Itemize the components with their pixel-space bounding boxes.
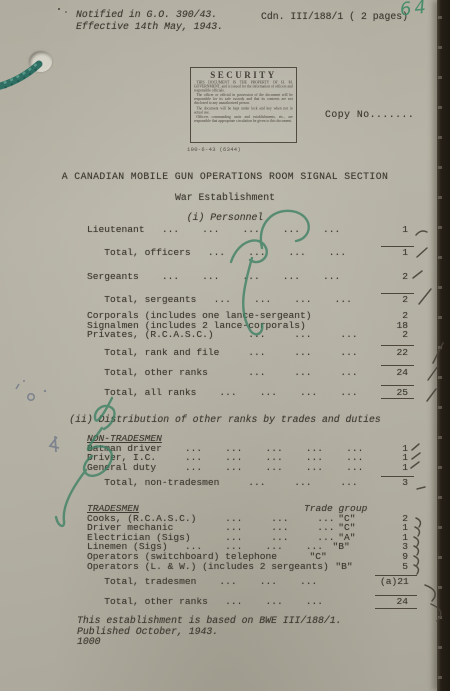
- row-label: Total, rank and file ... ... ...: [87, 348, 358, 358]
- row-value: 2: [380, 330, 414, 340]
- row-label: Total, all ranks ... ... ... ...: [87, 388, 358, 398]
- row-value: 1: [380, 225, 414, 235]
- row-value: 18: [380, 321, 414, 331]
- row-value: 1: [380, 248, 414, 258]
- scanned-document-page: Notified in G.O. 390/43. Effective 14th …: [0, 0, 450, 691]
- personnel-ranks-table: Corporals (includes one lance-sergeant)2…: [87, 311, 414, 400]
- row-value: 2: [380, 295, 414, 305]
- table-row: Total, non-tradesmen ... ... ...3: [87, 478, 414, 490]
- security-stamp-paragraph: Officers commanding units and establishm…: [194, 116, 293, 124]
- table-row: Total, other ranks ... ... ...24: [87, 368, 414, 380]
- row-value: 1: [380, 523, 414, 533]
- footer-print-count: 1000: [77, 637, 342, 648]
- row-value: 9: [380, 552, 414, 562]
- notified-line: Notified in G.O. 390/43.: [76, 9, 223, 21]
- non-tradesmen-table: NON-TRADESMENBatman driver ... ... ... .…: [87, 434, 414, 490]
- table-row: Total, tradesmen ... ... ...(a)21: [87, 577, 414, 589]
- table-row: Total, other ranks ... ... ...24: [87, 597, 414, 609]
- row-value: (a)21: [380, 577, 414, 587]
- row-label: Total, non-tradesmen ... ... ...: [87, 478, 358, 488]
- security-stamp-paragraph: THIS DOCUMENT IS THE PROPERTY OF H. M. G…: [194, 81, 293, 93]
- row-value: 22: [380, 348, 414, 358]
- security-stamp-title: SECURITY: [194, 70, 293, 80]
- row-trade-group: "B": [335, 562, 373, 572]
- row-value: 3: [380, 478, 414, 488]
- row-label: General duty ... ... ... ... ...: [87, 463, 363, 473]
- section-2-heading: (ii) Distribution of other ranks by trad…: [0, 414, 450, 425]
- table-row: Sergeants ... ... ... ... ...2: [87, 272, 414, 295]
- gazette-header: Notified in G.O. 390/43. Effective 14th …: [76, 9, 223, 32]
- table-row: Total, all ranks ... ... ... ...25: [87, 388, 414, 400]
- row-label: Total, other ranks ... ... ...: [87, 368, 358, 378]
- punch-hole: [29, 51, 52, 72]
- security-stamp-paragraph: The officer or official in possession of…: [194, 94, 293, 106]
- table-row: Operators (L. & W.) (includes 2 sergeant…: [87, 562, 414, 572]
- footer-published-line: Published October, 1943.: [77, 627, 342, 638]
- row-value: 24: [380, 597, 414, 607]
- table-row: Privates, (R.C.A.S.C.) ... ... ...2: [87, 330, 414, 340]
- row-label: Total, sergeants ... ... ... ...: [87, 295, 352, 305]
- table-row: General duty ... ... ... ... ...1: [87, 463, 414, 473]
- table-row: Total, officers ... ... ... ...1: [87, 248, 414, 271]
- row-label: Sergeants ... ... ... ... ...: [87, 272, 340, 282]
- row-value: 25: [380, 388, 414, 398]
- row-label: Total, other ranks ... ... ...: [87, 597, 323, 607]
- ink-specks: [58, 8, 67, 13]
- row-value: 5: [380, 562, 414, 572]
- row-value: 1: [380, 463, 414, 473]
- row-value: 24: [380, 368, 414, 378]
- table-row: Lieutenant ... ... ... ... ...1: [87, 225, 414, 248]
- handwritten-page-number: 64: [399, 0, 430, 20]
- row-trade-group: "B": [333, 542, 371, 552]
- row-value: 2: [380, 514, 414, 524]
- personnel-officers-table: Lieutenant ... ... ... ... ...1 Total, o…: [87, 225, 414, 319]
- row-value: 1: [380, 533, 414, 543]
- document-reference: Cdn. III/188/1 ( 2 pages): [261, 11, 408, 22]
- table-row: Total, rank and file ... ... ...22: [87, 348, 414, 360]
- row-label: Privates, (R.C.A.S.C.) ... ... ...: [87, 330, 358, 340]
- page-subtitle: War Establishment: [0, 192, 450, 203]
- row-label: Total, tradesmen ... ... ...: [87, 577, 317, 587]
- footer-basis-line: This establishment is based on BWE III/1…: [77, 616, 342, 627]
- tradesmen-table: TRADESMENTrade groupCooks, (R.C.A.S.C.) …: [87, 504, 414, 609]
- row-value: 3: [380, 542, 414, 552]
- row-value: 1: [380, 444, 414, 454]
- publication-footer: This establishment is based on BWE III/1…: [77, 616, 342, 648]
- section-1-heading: (i) Personnel: [0, 212, 450, 223]
- row-label: Total, officers ... ... ... ...: [87, 248, 346, 258]
- page-title: A CANADIAN MOBILE GUN OPERATIONS ROOM SI…: [0, 171, 450, 182]
- row-label: Operators (L. & W.) (includes 2 sergeant…: [87, 562, 329, 572]
- security-stamp-body: THIS DOCUMENT IS THE PROPERTY OF H. M. G…: [194, 81, 293, 124]
- security-stamp: SECURITY THIS DOCUMENT IS THE PROPERTY O…: [190, 67, 297, 143]
- effective-line: Effective 14th May, 1943.: [76, 21, 223, 33]
- row-value: 1: [380, 453, 414, 463]
- security-stamp-paragraph: The document will be kept under lock and…: [194, 107, 293, 115]
- row-label: Lieutenant ... ... ... ... ...: [87, 225, 340, 235]
- page-binding-edge: [437, 0, 450, 691]
- row-value: 2: [380, 272, 414, 282]
- copy-number-line: Copy No.......: [325, 109, 414, 120]
- security-stamp-code: 100-6-43 (6344): [187, 146, 241, 153]
